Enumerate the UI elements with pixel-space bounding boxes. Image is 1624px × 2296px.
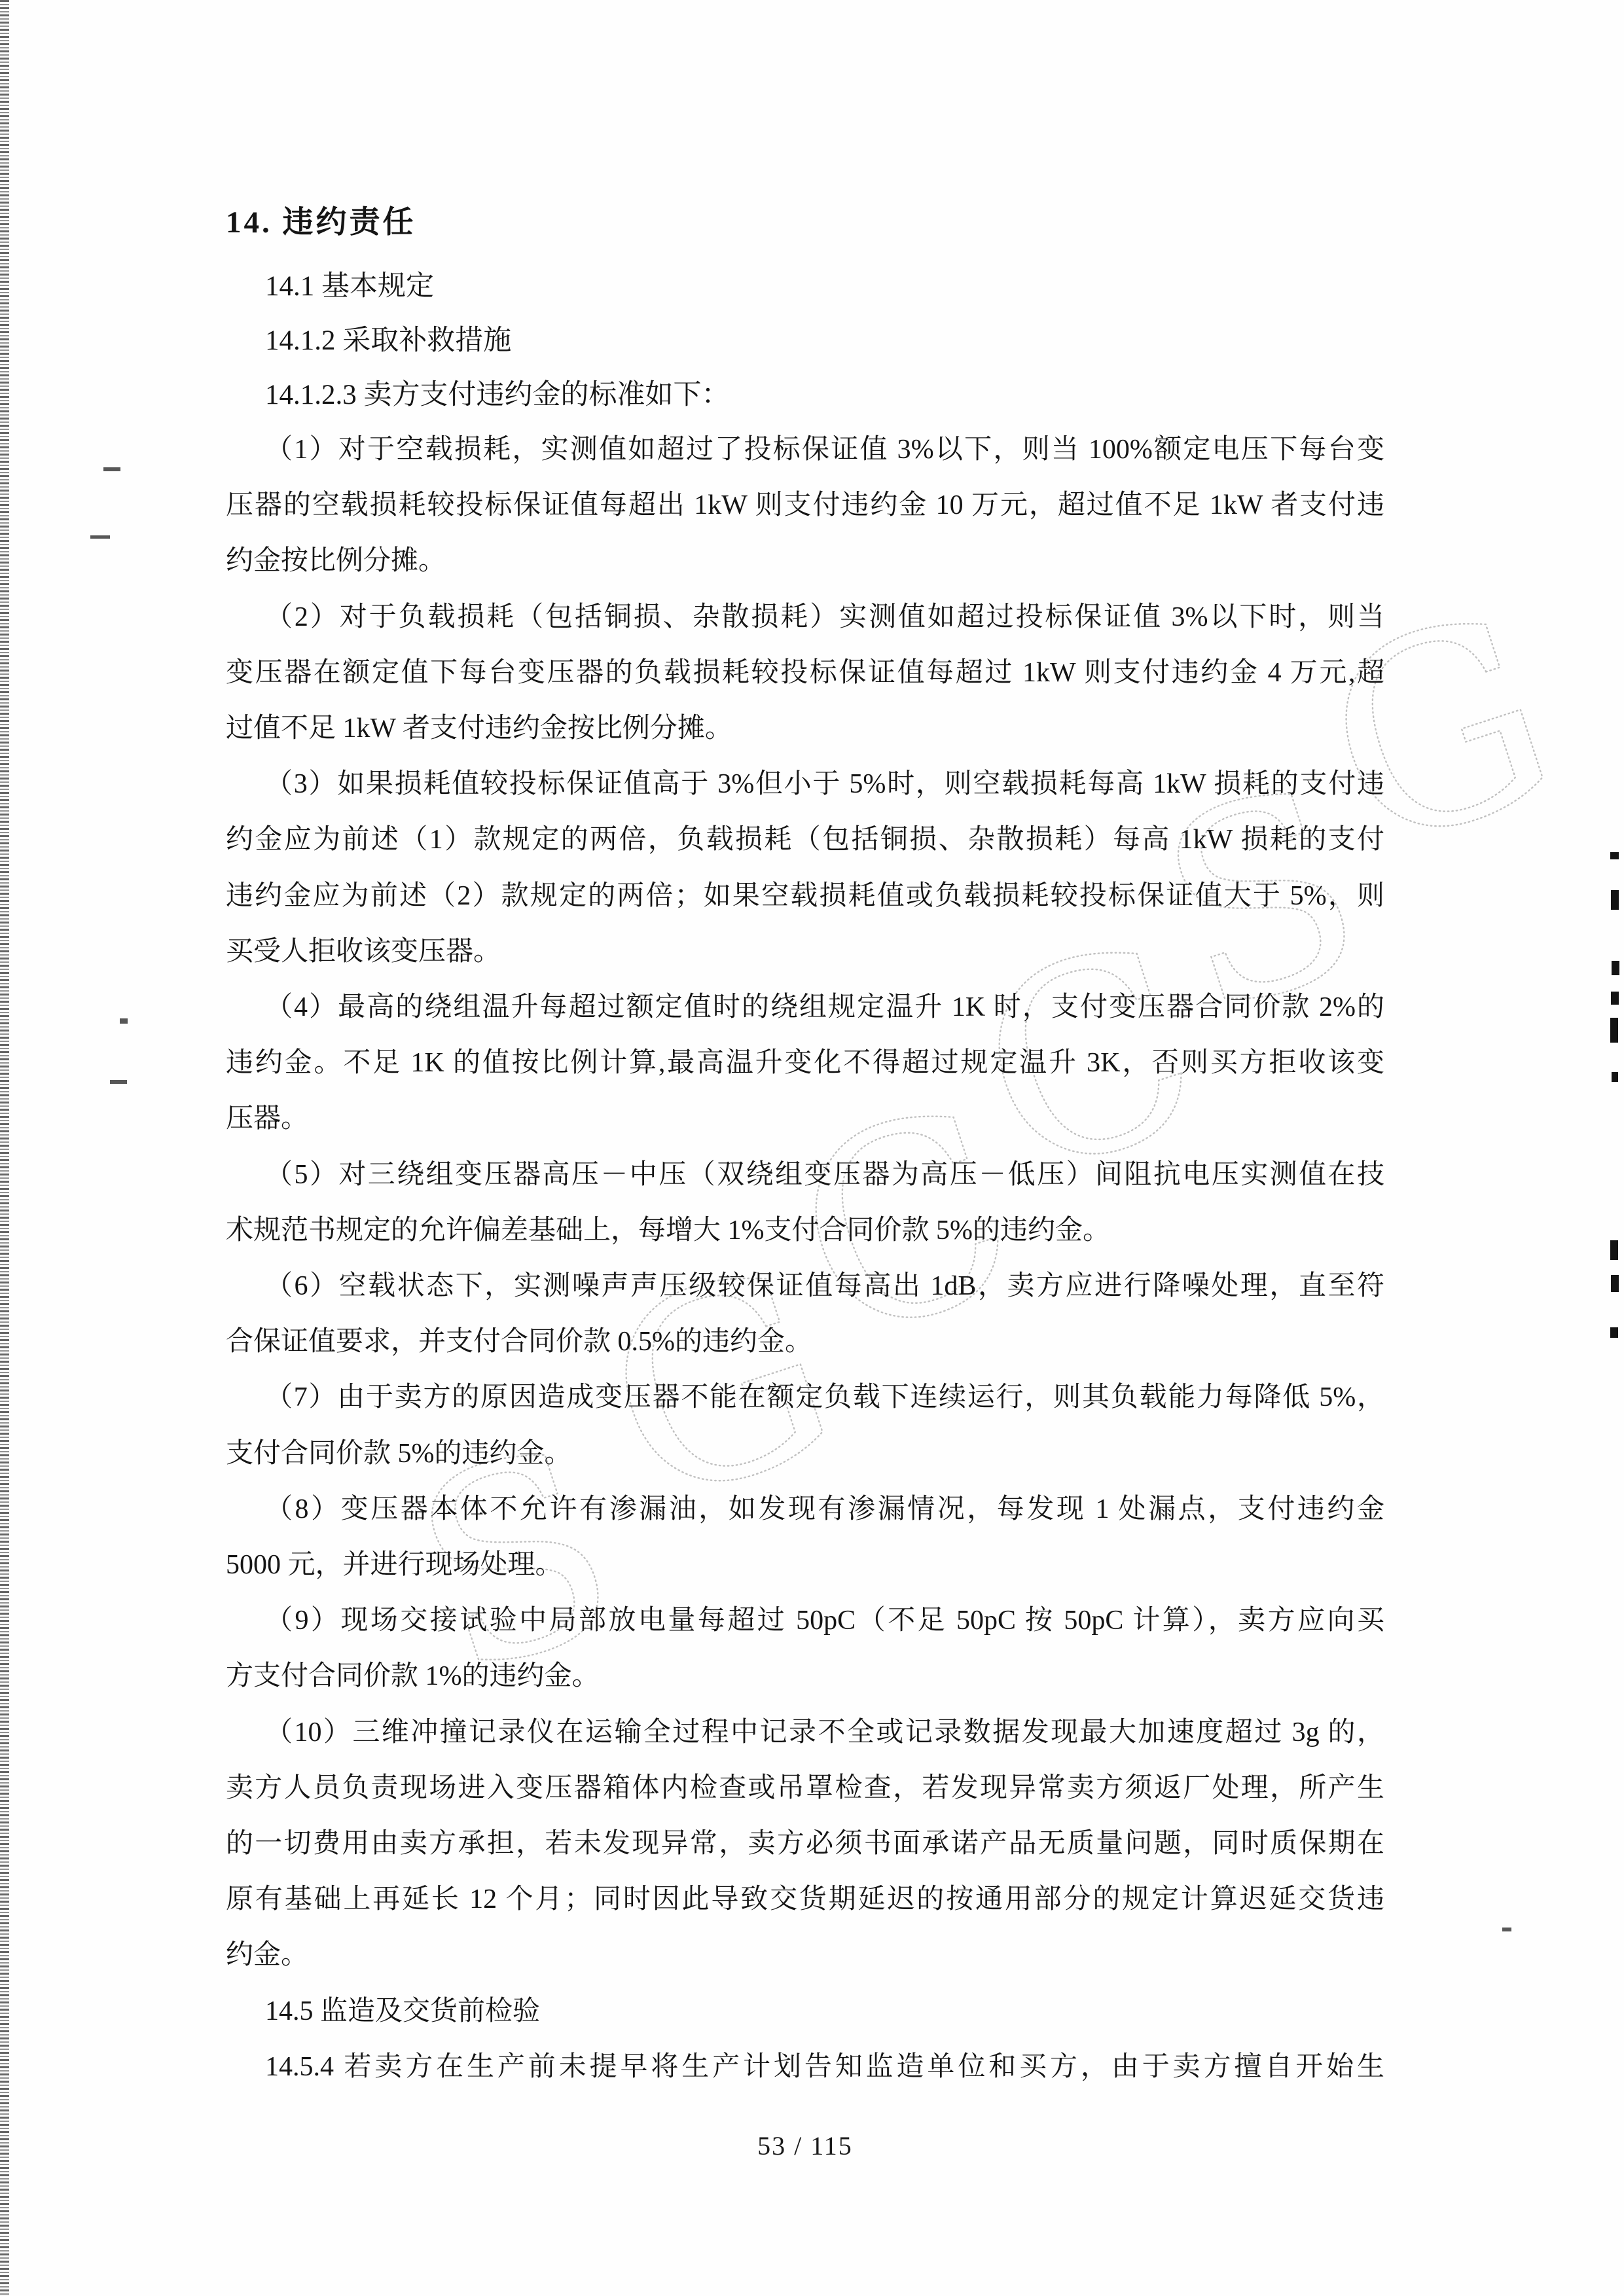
doc-line: （8）变压器本体不允许有渗漏油，如发现有渗漏情况，每发现 1 处漏点，支付违约金: [226, 1482, 1384, 1537]
doc-line: 14.5 监造及交货前检验: [226, 1984, 1384, 2039]
doc-line: 14.1.2.3 卖方支付违约金的标准如下：: [226, 368, 1384, 422]
doc-line: （5）对三绕组变压器高压－中压（双绕组变压器为高压－低压）间阻抗电压实测值在技: [226, 1147, 1384, 1203]
doc-line: 术规范书规定的允许偏差基础上，每增大 1%支付合同价款 5%的违约金。: [226, 1203, 1384, 1259]
document-page: S G C C S G 14. 违约责任14.1 基本规定14.1.2 采取补救…: [0, 0, 1624, 2296]
doc-line: 约金应为前述（1）款规定的两倍，负载损耗（包括铜损、杂散损耗）每高 1kW 损耗…: [226, 812, 1384, 868]
doc-line: （1）对于空载损耗，实测值如超过了投标保证值 3%以下，则当 100%额定电压下…: [226, 422, 1384, 478]
doc-line: （3）如果损耗值较投标保证值高于 3%但小于 5%时，则空载损耗每高 1kW 损…: [226, 757, 1384, 812]
doc-line: （2）对于负载损耗（包括铜损、杂散损耗）实测值如超过投标保证值 3%以下时，则当: [226, 590, 1384, 645]
doc-line: 14.1.2 采取补救措施: [226, 314, 1384, 368]
doc-line: 压器。: [226, 1091, 1384, 1147]
scan-artifact: [1611, 890, 1619, 910]
scan-artifact: [1610, 1327, 1618, 1338]
doc-line: 方支付合同价款 1%的违约金。: [226, 1649, 1384, 1704]
doc-line: 14.5.4 若卖方在生产前未提早将生产计划告知监造单位和买方，由于卖方擅自开始…: [226, 2039, 1384, 2095]
doc-line: 变压器在额定值下每台变压器的负载损耗较投标保证值每超过 1kW 则支付违约金 4…: [226, 645, 1384, 701]
doc-line: 14. 违约责任: [226, 194, 1384, 251]
scan-speck: [1502, 1928, 1511, 1931]
scan-speck: [120, 1018, 128, 1024]
doc-line: 14.1 基本规定: [226, 259, 1384, 314]
scan-artifact: [1610, 852, 1619, 859]
doc-line: 卖方人员负责现场进入变压器箱体内检查或吊罩检查，若发现异常卖方须返厂处理，所产生: [226, 1761, 1384, 1816]
scan-artifact: [1611, 1275, 1619, 1292]
page-number: 53 / 115: [226, 2130, 1384, 2161]
doc-line: 过值不足 1kW 者支付违约金按比例分摊。: [226, 701, 1384, 757]
scan-binding-edge: [0, 0, 9, 2296]
doc-line: 压器的空载损耗较投标保证值每超出 1kW 则支付违约金 10 万元，超过值不足 …: [226, 478, 1384, 533]
doc-line: 5000 元，并进行现场处理。: [226, 1537, 1384, 1593]
doc-line: 原有基础上再延长 12 个月；同时因此导致交货期延迟的按通用部分的规定计算迟延交…: [226, 1872, 1384, 1928]
doc-line: 约金。: [226, 1928, 1384, 1983]
doc-line: 的一切费用由卖方承担，若未发现异常，卖方必须书面承诺产品无质量问题，同时质保期在: [226, 1816, 1384, 1872]
doc-line: 约金按比例分摊。: [226, 533, 1384, 589]
doc-line: 合保证值要求，并支付合同价款 0.5%的违约金。: [226, 1314, 1384, 1370]
doc-line: （10）三维冲撞记录仪在运输全过程中记录不全或记录数据发现最大加速度超过 3g …: [226, 1705, 1384, 1761]
scan-artifact: [1610, 1018, 1618, 1043]
doc-line: （6）空载状态下，实测噪声声压级较保证值每高出 1dB，卖方应进行降噪处理，直至…: [226, 1259, 1384, 1314]
scan-speck: [103, 467, 120, 471]
doc-line: （7）由于卖方的原因造成变压器不能在额定负载下连续运行，则其负载能力每降低 5%…: [226, 1370, 1384, 1426]
scan-artifact: [1612, 961, 1619, 975]
scan-artifact: [1610, 1240, 1618, 1260]
scan-artifact: [1611, 992, 1619, 1005]
scan-speck: [90, 535, 110, 539]
doc-line: （4）最高的绕组温升每超过额定值时的绕组规定温升 1K 时，支付变压器合同价款 …: [226, 980, 1384, 1035]
doc-line: 违约金。不足 1K 的值按比例计算,最高温升变化不得超过规定温升 3K，否则买方…: [226, 1035, 1384, 1091]
doc-line: 违约金应为前述（2）款规定的两倍；如果空载损耗值或负载损耗较投标保证值大于 5%…: [226, 869, 1384, 924]
scan-speck: [110, 1080, 127, 1084]
scan-artifact: [1612, 1072, 1618, 1082]
doc-line: （9）现场交接试验中局部放电量每超过 50pC（不足 50pC 按 50pC 计…: [226, 1593, 1384, 1649]
doc-line: 买受人拒收该变压器。: [226, 924, 1384, 980]
document-body: 14. 违约责任14.1 基本规定14.1.2 采取补救措施14.1.2.3 卖…: [226, 194, 1384, 2095]
doc-line: 支付合同价款 5%的违约金。: [226, 1426, 1384, 1482]
